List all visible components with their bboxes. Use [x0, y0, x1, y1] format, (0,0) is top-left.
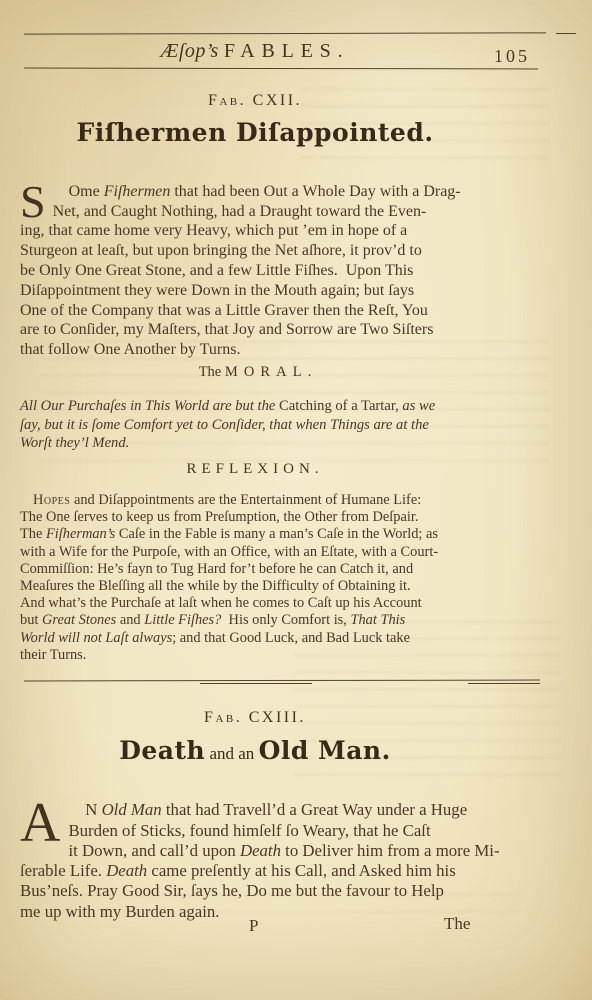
fable-113-body-lines: N Old Man that had Travell’d a Great Way… — [20, 800, 500, 920]
section-divider-fragment — [468, 683, 540, 684]
reflexion-heading: REFLEXION. — [20, 461, 490, 478]
header-bottom-rule — [24, 68, 538, 70]
fable-112-number: Fab. CXII. — [20, 92, 490, 110]
drop-cap-a: A — [20, 800, 68, 844]
catchword: The — [444, 914, 470, 934]
section-divider-fragment — [200, 683, 312, 684]
book-page-scan: Æſop’sFABLES. 105 Fab. CXII. Fiſhermen D… — [0, 0, 592, 1000]
header-top-rule-fragment — [556, 33, 576, 34]
fable-112-body: SOme Fiſhermen that had been Out a Whole… — [20, 162, 494, 380]
fable-112-body-lines: Ome Fiſhermen that had been Out a Whole … — [20, 183, 461, 358]
moral-heading: The MORAL. — [20, 364, 490, 381]
reflexion-text: Hopes and Diſappointments are the Entert… — [20, 492, 516, 664]
page-number: 105 — [494, 46, 530, 67]
fable-113-title: Death and an Old Man. — [20, 736, 490, 765]
moral-text: All Our Purchaſes in This World are but … — [20, 397, 510, 453]
drop-cap-s: S — [20, 182, 53, 220]
running-header-title: Æſop’sFABLES. — [20, 40, 490, 63]
header-top-rule — [24, 32, 546, 34]
fable-113-number: Fab. CXIII. — [20, 709, 490, 727]
fable-112-title: Fiſhermen Diſappointed. — [20, 118, 490, 147]
signature-mark: P — [249, 916, 258, 936]
section-divider-rule — [24, 680, 540, 682]
